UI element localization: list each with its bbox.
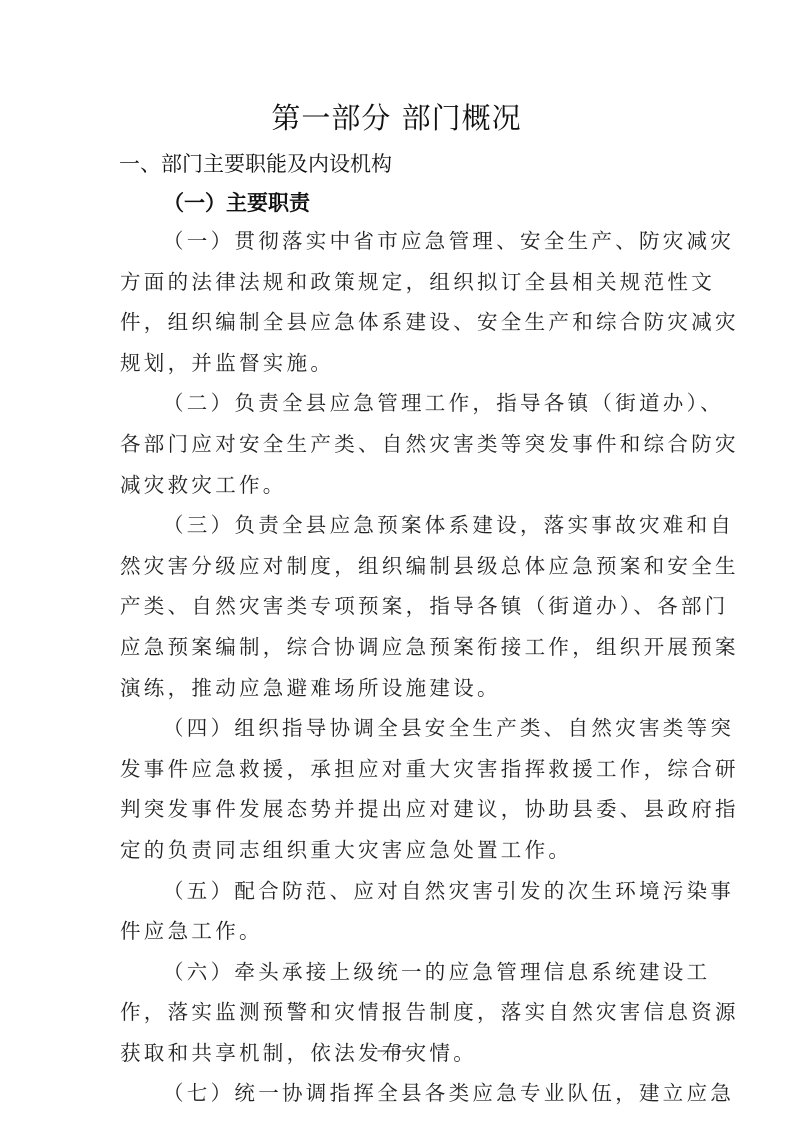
text-line: （一）贯彻落实中省市应急管理、安全生产、防灾减灾 (120, 221, 676, 262)
paragraph-duty-4: （四）组织指导协调全县安全生产类、自然灾害类等突 发事件应急救援，承担应对重大灾… (120, 708, 676, 870)
paragraph-duty-7: （七）统一协调指挥全县各类应急专业队伍，建立应急 (120, 1073, 676, 1114)
text-line: 件应急工作。 (120, 911, 676, 952)
text-line: 件，组织编制全县应急体系建设、安全生产和综合防灾减灾 (120, 302, 676, 343)
paragraph-duty-3: （三）负责全县应急预案体系建设，落实事故灾难和自 然灾害分级应对制度，组织编制县… (120, 505, 676, 708)
text-line: （五）配合防范、应对自然灾害引发的次生环境污染事 (120, 871, 676, 912)
paragraph-duty-5: （五）配合防范、应对自然灾害引发的次生环境污染事 件应急工作。 (120, 871, 676, 952)
text-line: 减灾救灾工作。 (120, 465, 676, 506)
text-line: 方面的法律法规和政策规定，组织拟订全县相关规范性文 (120, 262, 676, 303)
page-title: 第一部分 部门概况 (0, 96, 793, 137)
text-line: 规划，并监督实施。 (120, 343, 676, 384)
text-line: 作，落实监测预警和灾情报告制度，落实自然灾害信息资源 (120, 992, 676, 1033)
text-line: 应急预案编制，综合协调应急预案衔接工作，组织开展预案 (120, 627, 676, 668)
section-heading: 一、部门主要职能及内设机构 (119, 148, 392, 178)
text-line: （四）组织指导协调全县安全生产类、自然灾害类等突 (120, 708, 676, 749)
text-line: 演练，推动应急避难场所设施建设。 (120, 668, 676, 709)
text-line: 发事件应急救援，承担应对重大灾害指挥救援工作，综合研 (120, 749, 676, 790)
document-page: 第一部分 部门概况 一、部门主要职能及内设机构 （一）主要职责 （一）贯彻落实中… (0, 0, 793, 1122)
text-line: 定的负责同志组织重大灾害应急处置工作。 (120, 830, 676, 871)
text-line: 产类、自然灾害类专项预案，指导各镇（街道办）、各部门 (120, 586, 676, 627)
paragraph-duty-1: （一）贯彻落实中省市应急管理、安全生产、防灾减灾 方面的法律法规和政策规定，组织… (120, 221, 676, 383)
text-line: 各部门应对安全生产类、自然灾害类等突发事件和综合防灾 (120, 424, 676, 465)
text-line: 判突发事件发展态势并提出应对建议，协助县委、县政府指 (120, 789, 676, 830)
text-line: 然灾害分级应对制度，组织编制县级总体应急预案和安全生 (120, 546, 676, 587)
page-number: —3— (0, 1041, 793, 1059)
body-text: （一）贯彻落实中省市应急管理、安全生产、防灾减灾 方面的法律法规和政策规定，组织… (120, 221, 676, 1114)
paragraph-duty-2: （二）负责全县应急管理工作，指导各镇（街道办）、 各部门应对安全生产类、自然灾害… (120, 383, 676, 505)
subsection-heading: （一）主要职责 (163, 187, 310, 217)
text-line: （七）统一协调指挥全县各类应急专业队伍，建立应急 (120, 1073, 676, 1114)
text-line: （二）负责全县应急管理工作，指导各镇（街道办）、 (120, 383, 676, 424)
text-line: （三）负责全县应急预案体系建设，落实事故灾难和自 (120, 505, 676, 546)
text-line: （六）牵头承接上级统一的应急管理信息系统建设工 (120, 952, 676, 993)
